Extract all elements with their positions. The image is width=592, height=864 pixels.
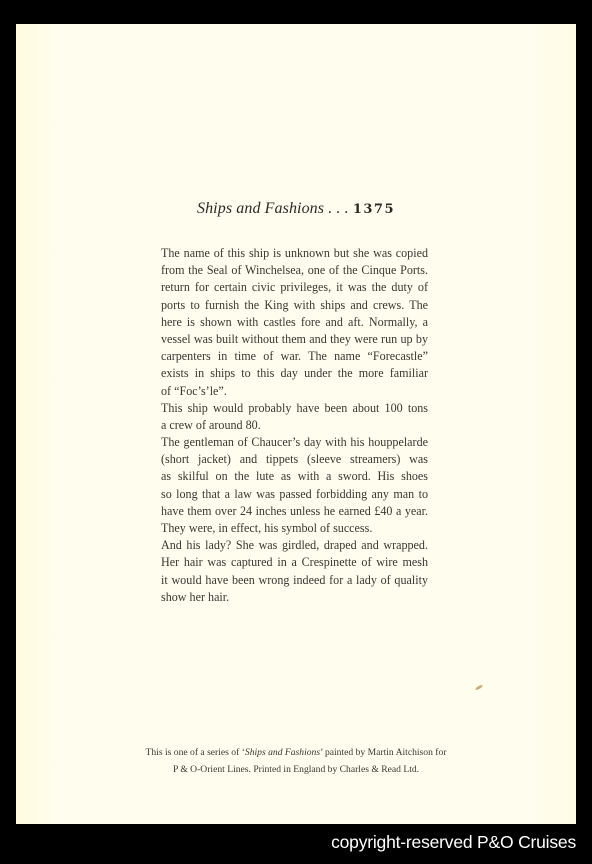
body-line: The gentleman of Chaucer’s day with his …: [161, 434, 428, 451]
document-page: Ships and Fashions . . . 1375 The name o…: [16, 24, 576, 824]
body-line: so long that a law was passed forbidding…: [161, 486, 428, 503]
body-line: exists in ships to this day under the mo…: [161, 365, 428, 382]
footer-line-2: P & O-Orient Lines. Printed in England b…: [16, 761, 576, 778]
body-line: And his lady? She was girdled, draped an…: [161, 537, 428, 554]
copyright-watermark: copyright-reserved P&O Cruises: [331, 832, 576, 853]
body-line: it would have been wrong indeed for a la…: [161, 572, 428, 589]
page-title: Ships and Fashions . . . 1375: [16, 200, 576, 218]
body-line: from the Seal of Winchelsea, one of the …: [161, 262, 428, 279]
body-line: return for certain civic privileges, it …: [161, 279, 428, 296]
title-year: 1375: [353, 202, 395, 217]
body-line: This ship would probably have been about…: [161, 400, 428, 417]
body-line: have them over 24 inches unless he earne…: [161, 503, 428, 520]
body-line: The name of this ship is unknown but she…: [161, 245, 428, 262]
body-line: carpenters in time of war. The name “For…: [161, 348, 428, 365]
body-line: (short jacket) and tippets (sleeve strea…: [161, 451, 428, 468]
body-line: Her hair was captured in a Crespinette o…: [161, 554, 428, 571]
body-line: They were, in effect, his symbol of succ…: [161, 520, 428, 537]
body-line: here is shown with castles fore and aft.…: [161, 314, 428, 331]
footer-credit: This is one of a series of ‘Ships and Fa…: [16, 744, 576, 778]
body-line: show her hair.: [161, 589, 428, 606]
paper-blemish: [475, 684, 483, 691]
body-text: The name of this ship is unknown but she…: [161, 245, 428, 606]
footer-line-1: This is one of a series of ‘Ships and Fa…: [16, 744, 576, 761]
body-line: ports to furnish the King with ships and…: [161, 297, 428, 314]
title-text: Ships and Fashions . . .: [197, 200, 349, 217]
body-line: of “Foc’s’le”.: [161, 383, 428, 400]
body-line: a crew of around 80.: [161, 417, 428, 434]
footer-series-title: Ships and Fashions: [245, 747, 320, 758]
body-line: vessel was built without them and they w…: [161, 331, 428, 348]
body-line: as skilful on the lute as with a sword. …: [161, 468, 428, 485]
